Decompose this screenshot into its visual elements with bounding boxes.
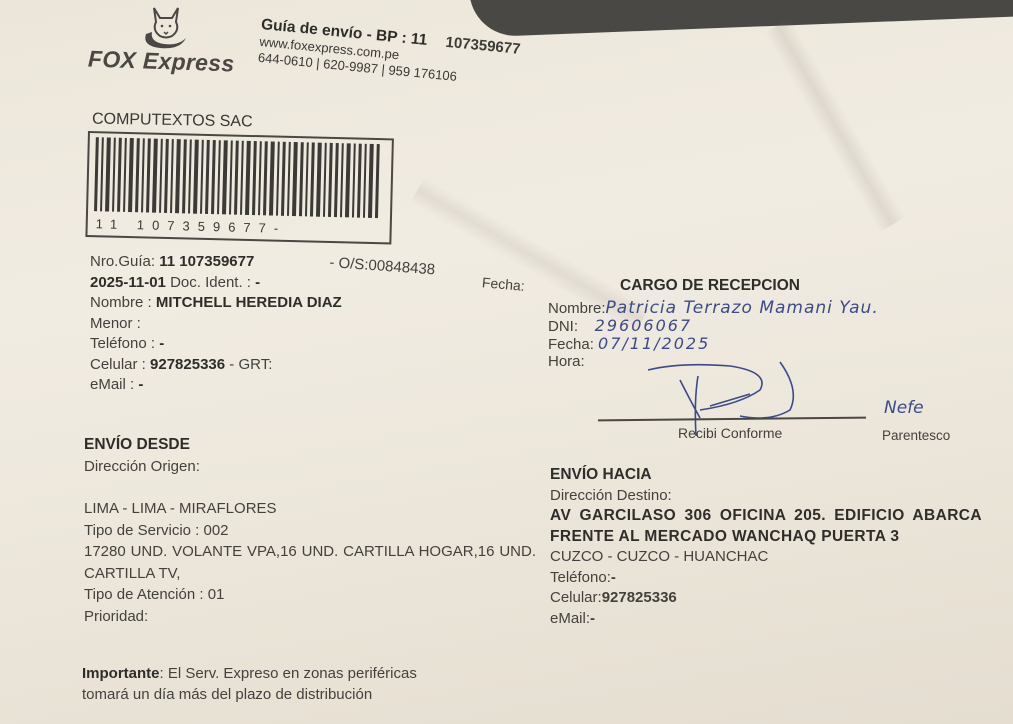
direccion-destino-label: Dirección Destino: (550, 486, 982, 507)
envio-hacia-title: ENVÍO HACIA (550, 465, 982, 486)
envio-hacia-section: ENVÍO HACIA Dirección Destino: AV GARCIL… (550, 465, 982, 629)
destino-telefono-label: Teléfono: (550, 569, 611, 586)
origen-location: LIMA - LIMA - MIRAFLORES (84, 498, 536, 520)
barcode-bars (94, 137, 386, 218)
important-text: : El Serv. Expreso en zonas periféricas (160, 665, 417, 682)
envio-desde-section: ENVÍO DESDE Dirección Origen: LIMA - LIM… (84, 434, 536, 627)
parentesco-label: Parentesco (882, 428, 950, 443)
doc-ident-value: - (255, 274, 260, 291)
destino-email-label: eMail: (550, 610, 590, 627)
destino-celular-value: 927825336 (602, 589, 677, 606)
direccion-origen-label: Dirección Origen: (84, 456, 536, 478)
telefono-label: Teléfono : (90, 335, 155, 352)
shipment-contents: 17280 UND. VOLANTE VPA,16 UND. CARTILLA … (84, 541, 536, 584)
destino-location: CUZCO - CUZCO - HUANCHAC (550, 547, 982, 568)
fox-icon (136, 4, 196, 50)
envio-desde-title: ENVÍO DESDE (84, 434, 536, 456)
email-value: - (138, 376, 143, 393)
tipo-servicio: Tipo de Servicio : 002 (84, 520, 536, 542)
barcode-digits: 11 107359677- (96, 216, 287, 236)
cargo-dni-label: DNI: (548, 318, 578, 335)
parentesco-handwritten: Nefe (884, 398, 924, 418)
cargo-nombre-label: Nombre: (548, 300, 606, 317)
header-block: Guía de envío - BP : 11 107359677 www.fo… (257, 16, 521, 91)
grt-label: - GRT: (229, 356, 272, 373)
cargo-hora-label: Hora: (548, 353, 585, 370)
important-label: Importante (82, 665, 160, 682)
celular-value: 927825336 (150, 356, 225, 373)
company-name: COMPUTEXTOS SAC (92, 111, 253, 132)
date-value: 2025-11-01 (90, 274, 166, 291)
destino-email-value: - (590, 610, 595, 627)
recibi-conforme-label: Recibi Conforme (678, 425, 782, 441)
doc-ident-label: Doc. Ident. : (170, 274, 251, 291)
fecha-label: Fecha: (481, 274, 525, 294)
nombre-value: MITCHELL HEREDIA DIAZ (156, 294, 342, 311)
email-label: eMail : (90, 376, 134, 393)
nombre-label: Nombre : (90, 294, 152, 311)
important-notice: Importante: El Serv. Expreso en zonas pe… (82, 664, 417, 705)
telefono-value: - (159, 335, 164, 352)
order-service: - O/S:00848438 (329, 254, 436, 278)
prioridad: Prioridad: (84, 606, 536, 628)
cargo-nombre-handwritten: Patricia Terrazo Mamani Yau. (606, 298, 879, 318)
cargo-dni-handwritten: 29606067 (595, 316, 692, 335)
nro-guia-label: Nro.Guía: (90, 253, 155, 270)
tipo-atencion: Tipo de Atención : 01 (84, 584, 536, 606)
cargo-title: CARGO DE RECEPCION (620, 277, 800, 295)
cargo-fecha-handwritten: 07/11/2025 (598, 334, 710, 353)
destino-address: AV GARCILASO 306 OFICINA 205. EDIFICIO A… (550, 506, 982, 547)
cargo-fecha-label: Fecha: (548, 336, 594, 353)
destino-telefono-value: - (611, 569, 616, 586)
nro-guia-value: 11 107359677 (159, 253, 254, 270)
destino-celular-label: Celular: (550, 589, 602, 606)
barcode: 11 107359677- (85, 131, 393, 244)
paper-fold (765, 18, 906, 232)
background-surface (469, 0, 1013, 37)
important-text-2: tomará un día más del plazo de distribuc… (82, 685, 417, 706)
celular-label: Celular : (90, 356, 146, 373)
guide-info: Nro.Guía: 11 107359677 2025-11-01 Doc. I… (90, 252, 342, 396)
menor-label: Menor : (90, 315, 141, 332)
brand-logo-text: FOX Express (88, 45, 235, 77)
